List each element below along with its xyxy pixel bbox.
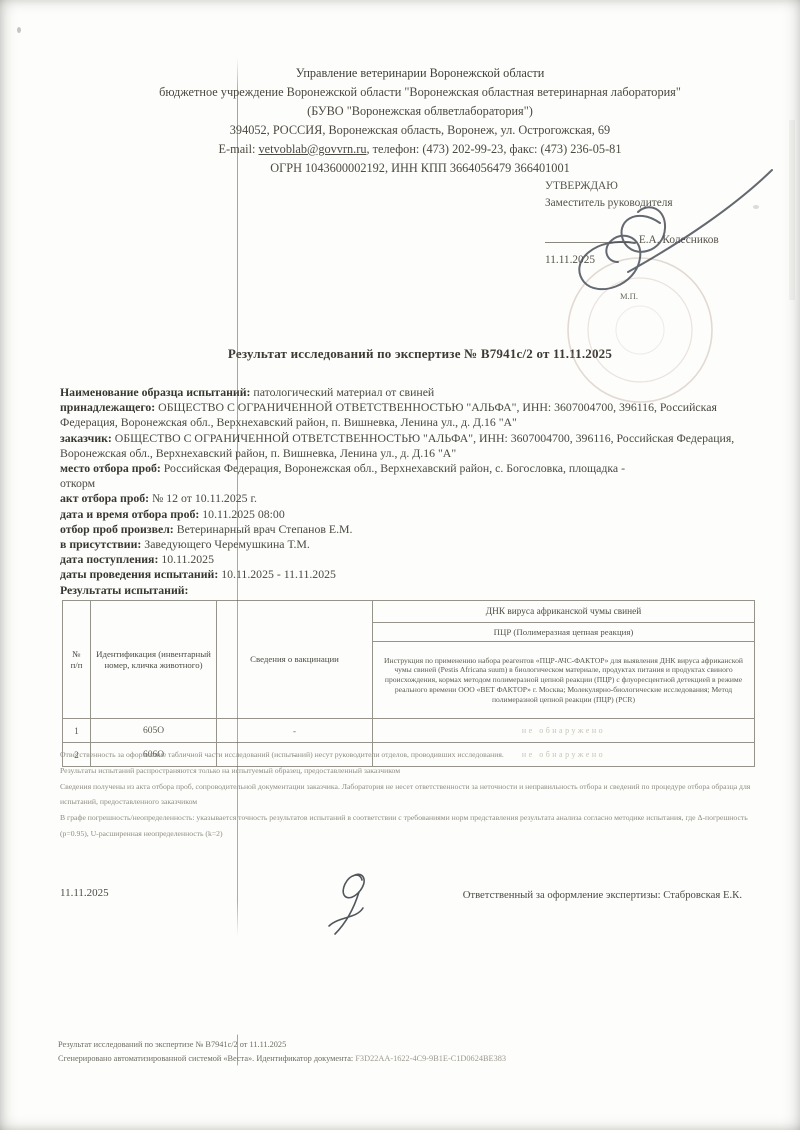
org-contacts: E-mail: vetvoblab@govvrn.ru, телефон: (4…	[60, 140, 780, 159]
detail-value: 10.11.2025 - 11.11.2025	[221, 567, 336, 581]
footnotes: Ответственность за оформление табличной …	[60, 747, 758, 842]
detail-label: дата поступления:	[60, 552, 158, 566]
detail-value: Заведующего Черемушкина Т.М.	[144, 537, 310, 551]
footnote: В графе погрешность/неопределенность: ук…	[60, 810, 758, 842]
detail-line: даты проведения испытаний: 10.11.2025 - …	[60, 567, 752, 582]
detail-value: патологический материал от свиней	[253, 385, 434, 399]
paper-fold-line	[237, 58, 238, 936]
sample-details: Наименование образца испытаний: патологи…	[60, 385, 752, 598]
col-header-vaccination: Сведения о вакцинации	[217, 601, 373, 719]
detail-line: акт отбора проб: № 12 от 10.11.2025 г.	[60, 491, 752, 506]
detail-value: 10.11.2025	[161, 552, 214, 566]
num-header-line1: №	[66, 649, 87, 660]
detail-line: дата и время отбора проб: 10.11.2025 08:…	[60, 507, 752, 522]
detail-label: отбор проб произвел:	[60, 522, 174, 536]
detail-value: № 12 от 10.11.2025 г.	[152, 491, 257, 505]
footer-expertise-line: Результат исследований по экспертизе № В…	[58, 1038, 758, 1052]
footer-generated-line: Сгенерировано автоматизированной системо…	[58, 1052, 758, 1066]
phone-fax: , телефон: (473) 202-99-23, факс: (473) …	[366, 142, 621, 156]
detail-value: Российская Федерация, Воронежская обл., …	[164, 461, 625, 475]
detail-value: ОБЩЕСТВО С ОГРАНИЧЕННОЙ ОТВЕТСТВЕННОСТЬЮ…	[60, 431, 734, 460]
org-name-line2: бюджетное учреждение Воронежской области…	[60, 83, 780, 102]
detail-line: в присутствии: Заведующего Черемушкина Т…	[60, 537, 752, 552]
footer-document-id: F3D22AA-1622-4C9-9B1E-C1D0624BE383	[355, 1054, 506, 1063]
col-header-identification: Идентификация (инвентарный номер, кличка…	[91, 601, 217, 719]
detail-line: место отбора проб: Российская Федерация,…	[60, 461, 752, 491]
detail-label: дата и время отбора проб:	[60, 507, 199, 521]
scan-speck	[17, 27, 21, 33]
detail-label: принадлежащего:	[60, 400, 155, 414]
detail-label: заказчик:	[60, 431, 112, 445]
footnote: Результаты испытаний распространяются то…	[60, 763, 758, 779]
detail-label: в присутствии:	[60, 537, 141, 551]
org-name-line1: Управление ветеринарии Воронежской облас…	[60, 64, 780, 83]
email-link[interactable]: vetvoblab@govvrn.ru	[259, 142, 367, 156]
detail-label: даты проведения испытаний:	[60, 567, 218, 581]
detail-label: место отбора проб:	[60, 461, 161, 475]
row-number: 1	[63, 719, 91, 743]
col-header-num: № п/п	[63, 601, 91, 719]
detail-value-cont: откорм	[60, 476, 752, 491]
sample-id: 605O	[91, 719, 217, 743]
responsible-person: Ответственный за оформление экспертизы: …	[463, 889, 742, 901]
col-header-analyte: ДНК вируса африканской чумы свиней	[373, 601, 755, 623]
signoff-date: 11.11.2025	[60, 887, 109, 899]
footer-generated-text: Сгенерировано автоматизированной системо…	[58, 1054, 353, 1063]
scanned-lab-report-page: { "header": { "org_line1": "Управление в…	[0, 0, 800, 1130]
num-header-line2: п/п	[66, 660, 87, 671]
vaccination-info: -	[217, 719, 373, 743]
detail-label: акт отбора проб:	[60, 491, 149, 505]
footnote: Сведения получены из акта отбора проб, с…	[60, 779, 758, 811]
col-header-method-full: Инструкция по применению набора реагенто…	[373, 642, 755, 719]
responsible-signature	[318, 868, 378, 938]
org-name-line3: (БУВО "Воронежская облветлаборатория")	[60, 102, 780, 121]
detail-line: заказчик: ОБЩЕСТВО С ОГРАНИЧЕННОЙ ОТВЕТС…	[60, 431, 752, 461]
letterhead: Управление ветеринарии Воронежской облас…	[60, 64, 780, 178]
detail-label: Наименование образца испытаний:	[60, 385, 250, 399]
org-address: 394052, РОССИЯ, Воронежская область, Вор…	[60, 121, 780, 140]
approver-signature	[540, 168, 780, 298]
detail-line: Результаты испытаний:	[60, 583, 752, 598]
paper-fold-line-footer	[237, 1034, 238, 1066]
table-row: 1 605O - не обнаружено	[63, 719, 755, 743]
test-result: не обнаружено	[373, 719, 755, 743]
detail-line: отбор проб произвел: Ветеринарный врач С…	[60, 522, 752, 537]
detail-value: Ветеринарный врач Степанов Е.М.	[177, 522, 353, 536]
detail-line: дата поступления: 10.11.2025	[60, 552, 752, 567]
results-table: № п/п Идентификация (инвентарный номер, …	[62, 600, 755, 767]
detail-value: 10.11.2025 08:00	[202, 507, 284, 521]
detail-label: Результаты испытаний:	[60, 583, 188, 597]
table-header-row: № п/п Идентификация (инвентарный номер, …	[63, 601, 755, 623]
document-footer: Результат исследований по экспертизе № В…	[58, 1038, 758, 1066]
footnote: Ответственность за оформление табличной …	[60, 747, 758, 763]
scan-smudge	[789, 120, 795, 300]
col-header-method-short: ПЦР (Полимеразная цепная реакция)	[373, 623, 755, 642]
